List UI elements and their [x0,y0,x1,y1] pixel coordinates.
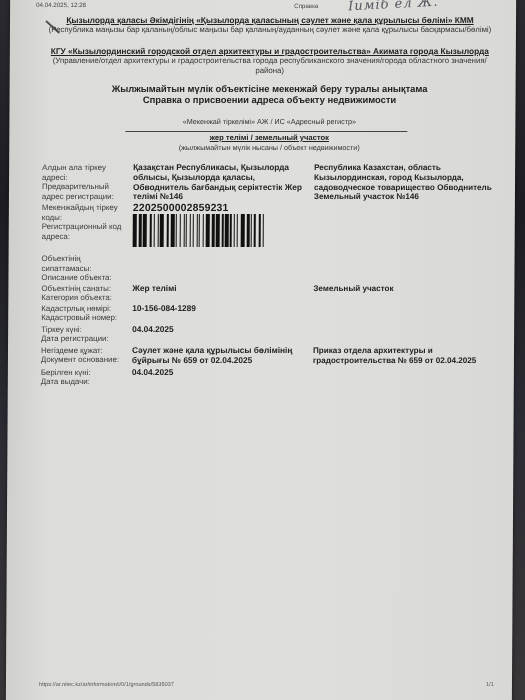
handwritten-note: Іиміб ел Ж. [348,0,439,14]
basis-doc-value-ru: Приказ отдела архитектуры и градостроите… [313,346,498,366]
document-title-kz: Жылжымайтын мүлік объектісіне мекенжай б… [40,83,500,94]
description-label-kz: Объектінің сипаттамасы: [41,254,131,273]
reg-date-value: 04.04.2025 [132,325,307,335]
registry-name: «Мекенжай тіркелімі» АЖ / ИС «Адресный р… [39,117,499,126]
organization-name-ru: КГУ «Кызылординский городской отдел архи… [40,46,500,56]
description-label-ru: Описание объекта: [41,273,131,283]
print-datetime: 04.04.2025, 12:28 [36,2,86,9]
basis-doc-label-ru: Документ основание: [41,355,131,365]
reg-code-label-ru: Регистрационный код адреса: [42,222,132,241]
prelim-address-label-kz: Алдын ала тіркеу адресі: [42,163,132,182]
print-title: Справка [294,3,318,10]
document-page: 04.04.2025, 12:28 Справка Іиміб ел Ж. Қы… [6,0,516,700]
reg-date-label-ru: Дата регистрации: [41,334,131,344]
divider [125,131,407,132]
prelim-address-label-ru: Предварительный адрес регистрации: [42,182,132,201]
object-type: жер телімі / земельный участок [39,133,499,142]
category-value-kz: Жер телімі [132,284,307,294]
object-type-caption: (жылжымайтын мүлік нысаны / объект недви… [39,143,499,152]
barcode [133,214,290,247]
reg-code-value: 2202500002859231 [133,203,229,214]
cadastral-label-ru: Кадастровый номер: [41,313,131,323]
cadastral-value: 10-156-084-1289 [132,304,307,314]
basis-doc-value-kz: Сәулет және қала құрылысы бөлімінің бұйр… [132,346,307,366]
category-label-ru: Категория объекта: [41,293,131,303]
organization-name-kz: Қызылорда қаласы Әкімдігінің «Қызылорда … [40,15,500,25]
issue-date-value: 04.04.2025 [132,368,307,378]
organization-subtitle-kz: (Республика маңызы бар қаланың/облыс маң… [40,25,500,35]
organization-subtitle-ru: (Управление/отдел архитектуры и градостр… [40,56,500,76]
prelim-address-value-kz: Қазақстан Республикасы, Қызылорда облысы… [133,163,308,202]
document-title-ru: Справка о присвоении адреса объекту недв… [40,94,500,105]
footer-url: https://ar.nitec.kz/ar/information/i/0/1… [39,682,174,688]
prelim-address-value-ru: Республика Казахстан, область Кызылордин… [314,163,499,202]
category-value-ru: Земельный участок [313,284,498,294]
reg-code-label-kz: Мекенжайдың тіркеу коды: [42,203,132,222]
issue-date-label-ru: Дата выдачи: [41,377,131,387]
page-number: 1/1 [486,682,494,688]
